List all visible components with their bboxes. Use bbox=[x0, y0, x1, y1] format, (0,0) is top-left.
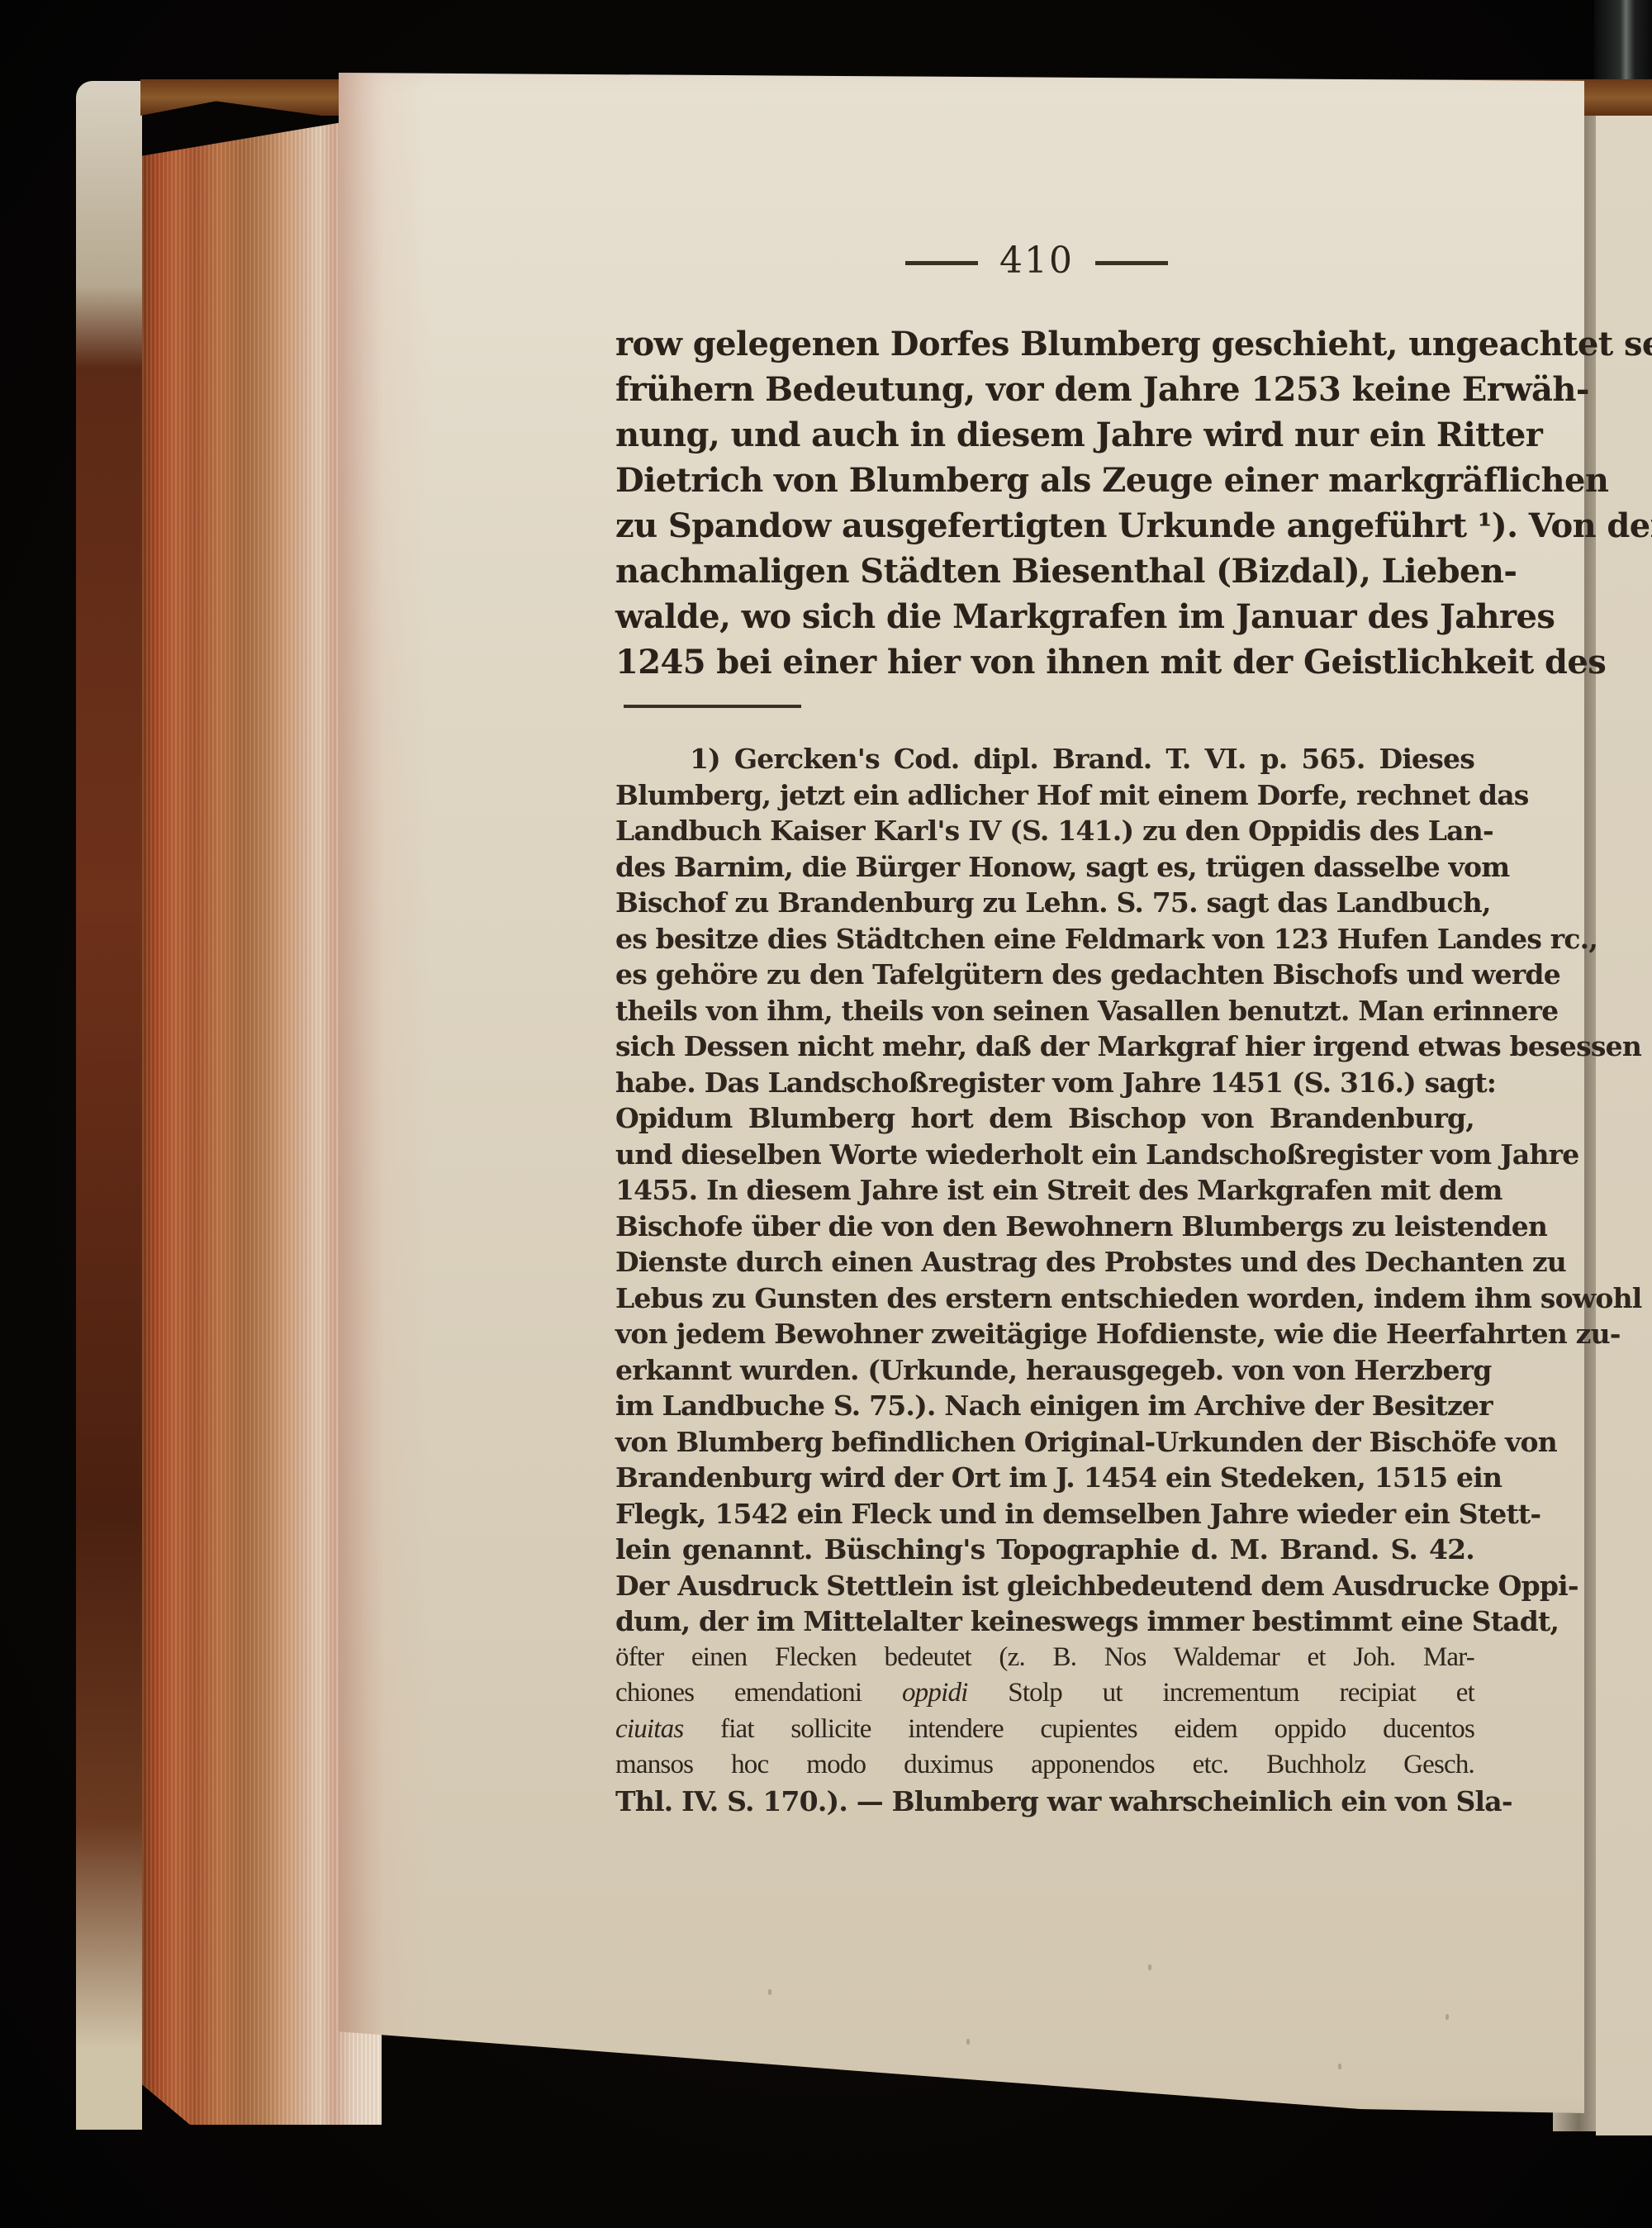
footnote-line: dum, der im Mittelalter keineswegs immer… bbox=[615, 1603, 1474, 1640]
body-line: nachmaligen Städten Biesenthal (Bizdal),… bbox=[615, 549, 1474, 594]
page-header: 410 bbox=[607, 240, 1466, 282]
footnote-block: 1) Gercken's Cod. dipl. Brand. T. VI. p.… bbox=[615, 741, 1474, 1819]
facing-page-edge bbox=[1596, 116, 1652, 2135]
footnote-line: Dienste durch einen Austrag des Probstes… bbox=[615, 1244, 1474, 1280]
paper-speck bbox=[1338, 2064, 1341, 2069]
footnote-line: 1455. In diesem Jahre ist ein Streit des… bbox=[615, 1172, 1474, 1209]
body-line: nung, und auch in diesem Jahre wird nur … bbox=[615, 412, 1474, 458]
footnote-line: öfter einen Flecken bedeutet (z. B. Nos … bbox=[615, 1640, 1474, 1676]
paper-speck bbox=[1445, 2014, 1449, 2020]
italic-latin-word: oppidi bbox=[902, 1678, 968, 1708]
footnote-line: und dieselben Worte wiederholt ein Lands… bbox=[615, 1137, 1474, 1173]
footnote-line: Blumberg, jetzt ein adlicher Hof mit ein… bbox=[615, 777, 1474, 814]
footnote-line: im Landbuche S. 75.). Nach einigen im Ar… bbox=[615, 1388, 1474, 1424]
footnote-line: des Barnim, die Bürger Honow, sagt es, t… bbox=[615, 849, 1474, 886]
paper-speck bbox=[768, 1989, 771, 1995]
footnote-line: erkannt wurden. (Urkunde, herausgegeb. v… bbox=[615, 1352, 1474, 1389]
footnote-line: Thl. IV. S. 170.). — Blumberg war wahrsc… bbox=[615, 1784, 1474, 1820]
footnote-line: Lebus zu Gunsten des erstern entschieden… bbox=[615, 1280, 1474, 1317]
footnote-line: habe. Das Landschoßregister vom Jahre 14… bbox=[615, 1065, 1474, 1101]
footnote-line: lein genannt. Büsching's Topographie d. … bbox=[615, 1532, 1474, 1568]
body-line: Dietrich von Blumberg als Zeuge einer ma… bbox=[615, 458, 1474, 503]
footnote-line: 1) Gercken's Cod. dipl. Brand. T. VI. p.… bbox=[615, 741, 1474, 777]
header-dash-right bbox=[1095, 261, 1168, 265]
body-line: 1245 bei einer hier von ihnen mit der Ge… bbox=[615, 639, 1474, 685]
body-line: walde, wo sich die Markgrafen im Januar … bbox=[615, 594, 1474, 639]
footnote-line: es besitze dies Städtchen eine Feldmark … bbox=[615, 921, 1474, 957]
body-line: frühern Bedeutung, vor dem Jahre 1253 ke… bbox=[615, 367, 1474, 412]
footnote-line: ciuitas fiat sollicite intendere cupient… bbox=[615, 1712, 1474, 1748]
footnote-line: Brandenburg wird der Ort im J. 1454 ein … bbox=[615, 1460, 1474, 1496]
footnote-line: von jedem Bewohner zweitägige Hofdienste… bbox=[615, 1316, 1474, 1352]
footnote-line: mansos hoc modo duximus apponendos etc. … bbox=[615, 1747, 1474, 1784]
footnote-line: Opidum Blumberg hort dem Bischop von Bra… bbox=[615, 1100, 1474, 1137]
book-cover-left-board bbox=[76, 81, 142, 2130]
paper-speck bbox=[1148, 1964, 1151, 1970]
footnote-line: Bischof zu Brandenburg zu Lehn. S. 75. s… bbox=[615, 885, 1474, 921]
footnote-line: Landbuch Kaiser Karl's IV (S. 141.) zu d… bbox=[615, 813, 1474, 849]
footnote-separator bbox=[624, 705, 801, 708]
footnote-line: theils von ihm, theils von seinen Vasall… bbox=[615, 993, 1474, 1029]
body-line: zu Spandow ausgefertigten Urkunde angefü… bbox=[615, 503, 1474, 549]
footnote-line: von Blumberg befindlichen Original-Urkun… bbox=[615, 1424, 1474, 1461]
body-line: row gelegenen Dorfes Blumberg geschieht,… bbox=[615, 321, 1474, 367]
footnote-line: chiones emendationi oppidi Stolp ut incr… bbox=[615, 1675, 1474, 1712]
italic-latin-word: ciuitas bbox=[615, 1714, 683, 1744]
paper-speck bbox=[966, 2039, 970, 2045]
footnote-line: es gehöre zu den Tafelgütern des gedacht… bbox=[615, 957, 1474, 993]
footnote-line: Flegk, 1542 ein Fleck und in demselben J… bbox=[615, 1496, 1474, 1532]
footnote-line: sich Dessen nicht mehr, daß der Markgraf… bbox=[615, 1028, 1474, 1065]
body-paragraph: row gelegenen Dorfes Blumberg geschieht,… bbox=[615, 321, 1474, 685]
page-number: 410 bbox=[999, 240, 1074, 282]
header-dash-left bbox=[905, 261, 978, 265]
page-text-area: 410 row gelegenen Dorfes Blumberg geschi… bbox=[615, 240, 1474, 1819]
footnote-line: Der Ausdruck Stettlein ist gleichbedeute… bbox=[615, 1568, 1474, 1604]
footnote-line: Bischofe über die von den Bewohnern Blum… bbox=[615, 1209, 1474, 1245]
